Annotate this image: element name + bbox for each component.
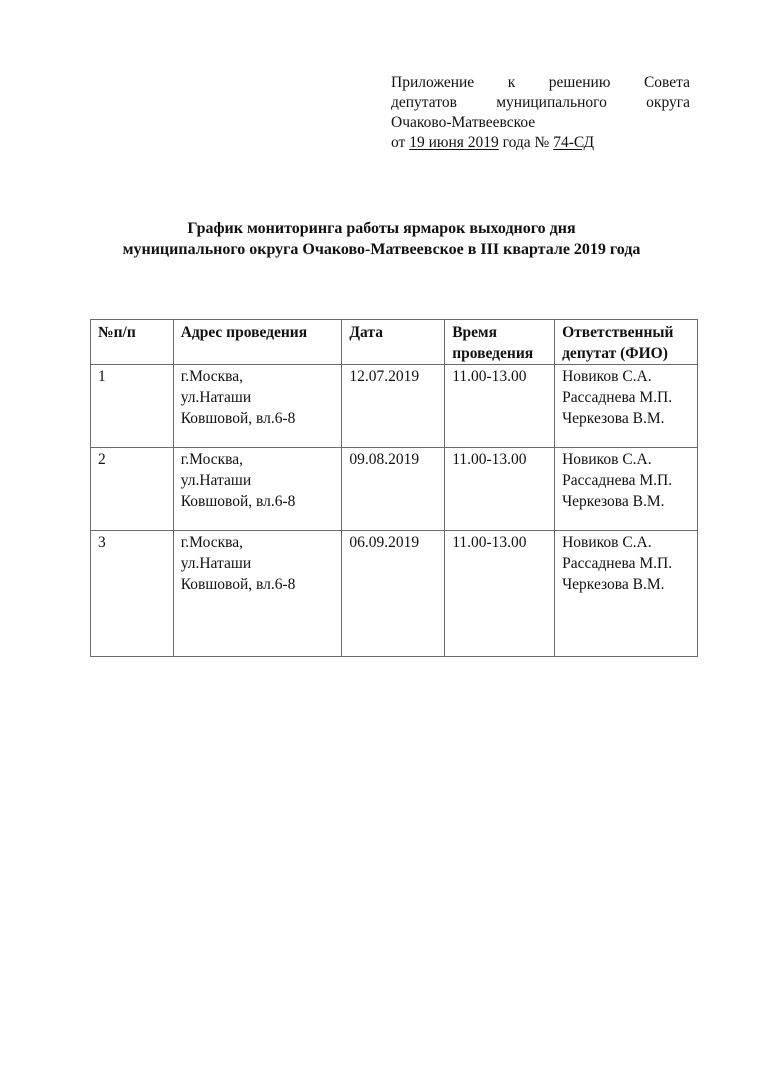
address-line: Ковшовой, вл.6-8 (181, 491, 337, 512)
cell-time: 11.00-13.00 (445, 531, 555, 657)
header-date: Дата (342, 320, 445, 365)
table-header-row: №п/п Адрес проведения Дата Время проведе… (91, 320, 698, 365)
header-num: №п/п (91, 320, 174, 365)
cell-num: 2 (91, 448, 174, 531)
responsible-name: Черкезова В.М. (562, 491, 692, 512)
appendix-line-1: Приложение к решению Совета (391, 73, 690, 93)
cell-num: 1 (91, 365, 174, 448)
decision-number: 74-СД (553, 134, 594, 151)
responsible-name: Новиков С.А. (562, 366, 692, 387)
header-time-line-1: Время (452, 322, 549, 343)
cell-time: 11.00-13.00 (445, 448, 555, 531)
responsible-name: Рассаднева М.П. (562, 470, 692, 491)
appendix-reference: Приложение к решению Совета депутатов му… (391, 73, 690, 153)
monitoring-schedule-table: №п/п Адрес проведения Дата Время проведе… (90, 319, 698, 657)
responsible-name: Новиков С.А. (562, 449, 692, 470)
appendix-middle: года № (499, 134, 553, 151)
appendix-line-4: от 19 июня 2019 года № 74-СД (391, 133, 690, 153)
table-row: 2 г.Москва, ул.Наташи Ковшовой, вл.6-8 0… (91, 448, 698, 531)
title-line-2: муниципального округа Очаково-Матвеевско… (60, 239, 703, 260)
header-address: Адрес проведения (173, 320, 342, 365)
cell-date: 09.08.2019 (342, 448, 445, 531)
table-row: 1 г.Москва, ул.Наташи Ковшовой, вл.6-8 1… (91, 365, 698, 448)
title-line-1: График мониторинга работы ярмарок выходн… (60, 218, 703, 239)
address-line: ул.Наташи (181, 470, 337, 491)
header-responsible: Ответственный депутат (ФИО) (555, 320, 698, 365)
cell-address: г.Москва, ул.Наташи Ковшовой, вл.6-8 (173, 365, 342, 448)
cell-address: г.Москва, ул.Наташи Ковшовой, вл.6-8 (173, 448, 342, 531)
responsible-name: Рассаднева М.П. (562, 387, 692, 408)
address-line: г.Москва, (181, 532, 337, 553)
cell-date: 12.07.2019 (342, 365, 445, 448)
header-responsible-line-1: Ответственный (562, 322, 692, 343)
appendix-prefix: от (391, 134, 409, 151)
decision-date: 19 июня 2019 (409, 134, 499, 151)
header-time: Время проведения (445, 320, 555, 365)
address-line: г.Москва, (181, 449, 337, 470)
address-line: г.Москва, (181, 366, 337, 387)
responsible-name: Рассаднева М.П. (562, 553, 692, 574)
address-line: ул.Наташи (181, 553, 337, 574)
header-responsible-line-2: депутат (ФИО) (562, 343, 692, 364)
cell-time: 11.00-13.00 (445, 365, 555, 448)
appendix-line-2: депутатов муниципального округа (391, 93, 690, 113)
cell-responsible: Новиков С.А. Рассаднева М.П. Черкезова В… (555, 531, 698, 657)
responsible-name: Черкезова В.М. (562, 408, 692, 429)
responsible-name: Новиков С.А. (562, 532, 692, 553)
document-title: График мониторинга работы ярмарок выходн… (60, 218, 703, 260)
cell-num: 3 (91, 531, 174, 657)
header-time-line-2: проведения (452, 343, 549, 364)
address-line: Ковшовой, вл.6-8 (181, 574, 337, 595)
cell-date: 06.09.2019 (342, 531, 445, 657)
appendix-line-3: Очаково-Матвеевское (391, 113, 690, 133)
address-line: Ковшовой, вл.6-8 (181, 408, 337, 429)
table-row: 3 г.Москва, ул.Наташи Ковшовой, вл.6-8 0… (91, 531, 698, 657)
responsible-name: Черкезова В.М. (562, 574, 692, 595)
cell-responsible: Новиков С.А. Рассаднева М.П. Черкезова В… (555, 365, 698, 448)
address-line: ул.Наташи (181, 387, 337, 408)
cell-responsible: Новиков С.А. Рассаднева М.П. Черкезова В… (555, 448, 698, 531)
cell-address: г.Москва, ул.Наташи Ковшовой, вл.6-8 (173, 531, 342, 657)
